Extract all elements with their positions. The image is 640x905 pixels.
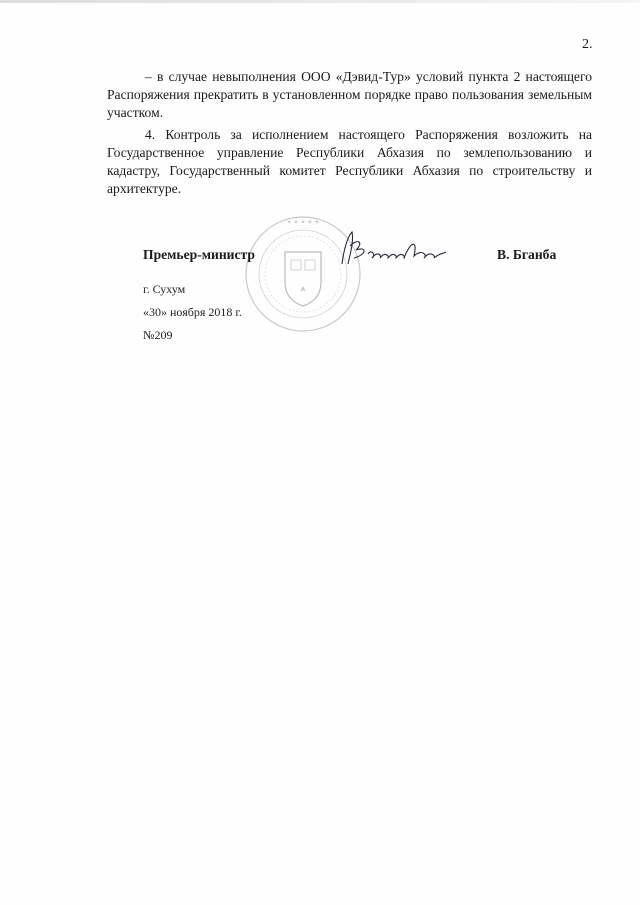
document-number: №209 bbox=[143, 328, 172, 343]
scan-edge bbox=[0, 0, 640, 3]
issue-date: «30» ноября 2018 г. bbox=[143, 305, 242, 320]
paragraph-control-clause: 4. Контроль за исполнением настоящего Ра… bbox=[107, 126, 592, 198]
issue-city: г. Сухум bbox=[143, 282, 185, 297]
paragraph-termination-clause: – в случае невыполнения ООО «Дэвид-Тур» … bbox=[107, 68, 592, 122]
svg-text:✦ ✦ ✦ ✦ ✦: ✦ ✦ ✦ ✦ ✦ bbox=[287, 219, 320, 226]
page-number: 2. bbox=[582, 37, 593, 53]
signatory-name: В. Бганба bbox=[497, 247, 556, 263]
signatory-role: Премьер-министр bbox=[143, 247, 255, 263]
handwritten-signature bbox=[338, 228, 456, 268]
